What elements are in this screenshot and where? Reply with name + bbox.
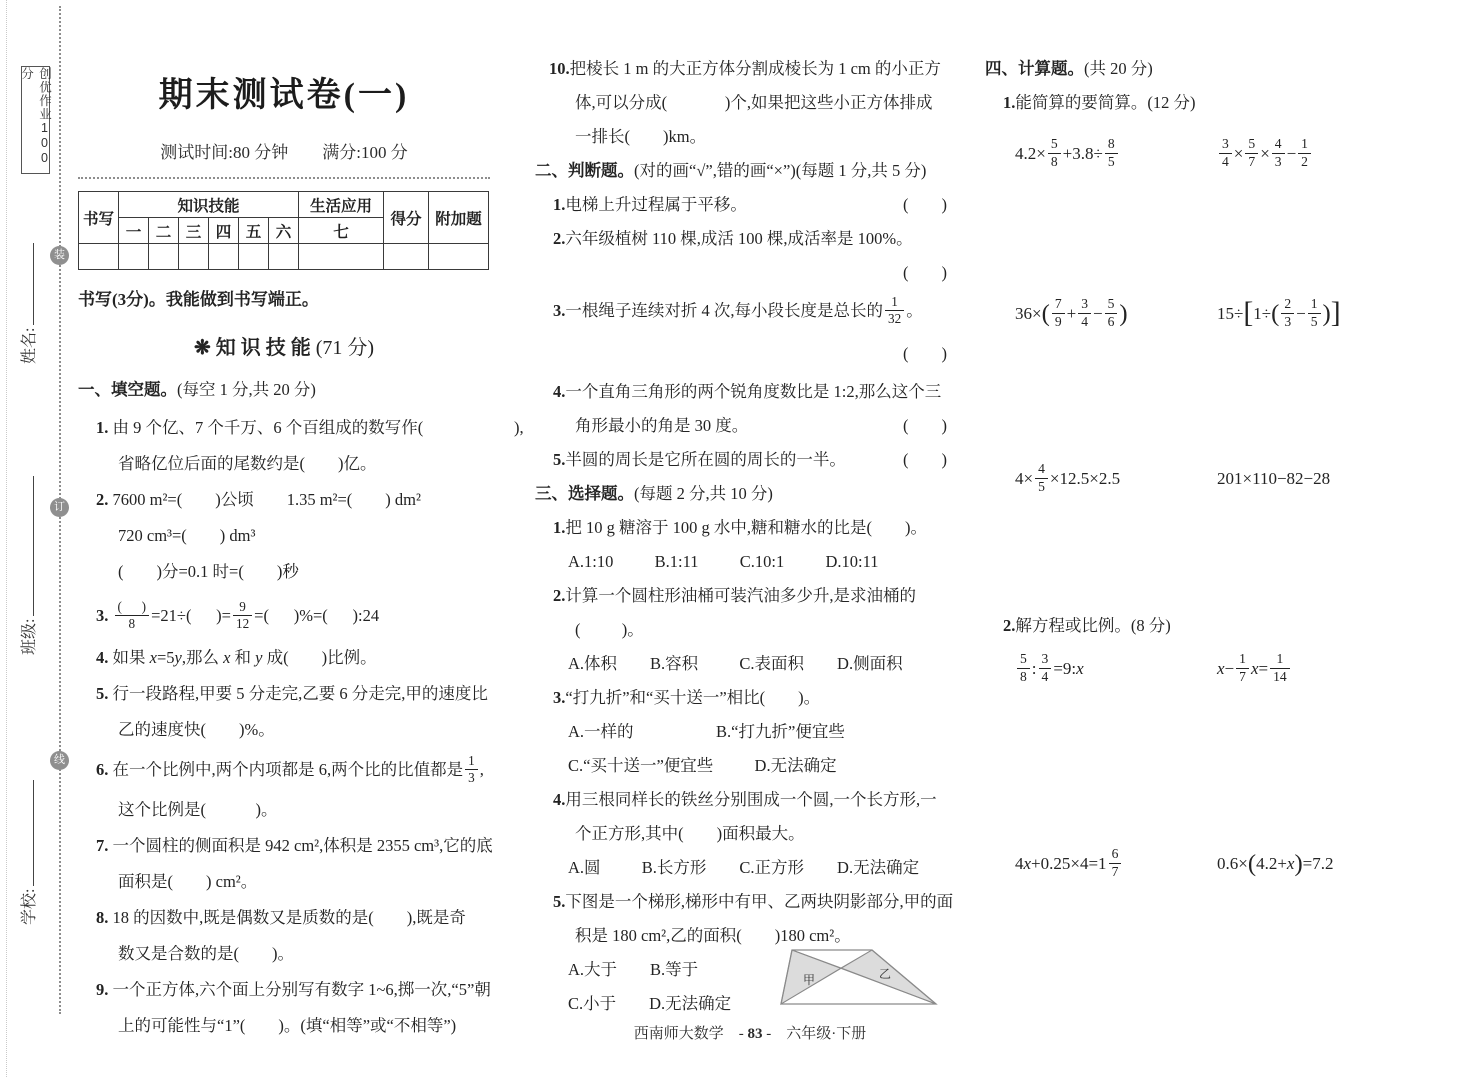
fraction: 85	[1105, 136, 1118, 170]
score-table: 书写知识技能生活应用得分附加题一二三四五六七	[78, 191, 489, 270]
student-info-field: 学校:	[16, 757, 46, 925]
field-blank	[20, 243, 34, 325]
line-text: 3.“打九折”和“买十送一”相比( )。	[553, 688, 820, 707]
question-line: A.一样的 B.“打九折”便宜些	[535, 715, 965, 749]
score-table-empty-cell	[429, 244, 489, 270]
question-line: A.1:10 B.1:11 C.10:1 D.10:11	[535, 545, 965, 579]
answer-bracket: ( )	[903, 337, 947, 371]
score-table-empty-cell	[269, 244, 299, 270]
line-text: 1.电梯上升过程属于平移。	[553, 188, 747, 222]
math-expression: 58:34=9:x	[985, 649, 1217, 689]
line-text: 9. 一个正方体,六个面上分别写有数字 1~6,掷一次,“5”朝	[96, 980, 491, 999]
line-text: A.一样的 B.“打九折”便宜些	[568, 722, 845, 741]
line-text: 6. 在一个比例中,两个内项都是 6,两个比的比值都是13,	[96, 760, 484, 779]
question-line: 7. 一个圆柱的侧面积是 942 cm²,体积是 2355 cm³,它的底	[78, 828, 490, 864]
section-heading: ❋ 知 识 技 能 (71 分)	[78, 326, 490, 370]
fraction: ( )8	[115, 599, 150, 632]
score-table-empty-cell	[179, 244, 209, 270]
answer-bracket: ( )	[903, 443, 947, 477]
line-text: C.小于 D.无法确定	[568, 994, 731, 1013]
line-text: 一、填空题。(每空 1 分,共 20 分)	[78, 380, 316, 399]
question-line: 2.六年级植树 110 棵,成活 100 棵,成活率是 100%。	[535, 222, 965, 256]
math-expression: 4×45×12.5×2.5	[985, 459, 1217, 499]
math-expression: 15÷[1÷(23−15)]	[1217, 294, 1422, 335]
line-text: 四、计算题。(共 20 分)	[985, 59, 1153, 78]
line-text: 2. 7600 m²=( )公顷 1.35 m²=( ) dm²	[96, 490, 421, 509]
math-expression: 36×(79+34−56)	[985, 294, 1217, 335]
calc-row: 4×45×12.5×2.5201×110−82−28	[985, 459, 1422, 599]
student-info-field: 姓名:	[16, 224, 46, 364]
fraction: 34	[1219, 136, 1232, 170]
brand-corner-text: 创优作业100分	[18, 67, 54, 173]
line-text: 2.解方程或比例。(8 分)	[1003, 616, 1171, 635]
question-line: 一排长( )km。	[535, 120, 965, 154]
line-text: ❋ 知 识 技 能 (71 分)	[194, 337, 374, 359]
line-text: 一排长( )km。	[575, 127, 706, 146]
math-expression: 201×110−82−28	[1217, 459, 1422, 499]
question-line: 上的可能性与“1”( )。(填“相等”或“不相等”)	[78, 1008, 490, 1044]
line-text: 2.六年级植树 110 棵,成活 100 棵,成活率是 100%。	[553, 229, 913, 248]
score-table-header-cell: 七	[299, 218, 384, 244]
calc-row: 4.2×58+3.8÷8534×57×43−12	[985, 134, 1422, 294]
line-text: 数又是合数的是( )。	[118, 944, 294, 963]
math-expression: 4.2×58+3.8÷85	[985, 134, 1217, 174]
line-text: 这个比例是( )。	[118, 800, 278, 819]
fraction: 45	[1035, 461, 1048, 495]
line-text: 省略亿位后面的尾数约是( )亿。	[118, 454, 377, 473]
line-text: 三、选择题。(每题 2 分,共 10 分)	[535, 484, 773, 503]
right-column: 四、计算题。(共 20 分)1.能简算的要简算。(12 分)4.2×58+3.8…	[985, 52, 1422, 894]
score-table-empty-cell	[119, 244, 149, 270]
subsection-heading: 四、计算题。(共 20 分)	[985, 52, 1422, 86]
field-label: 姓名:	[21, 328, 38, 364]
calc-row: 36×(79+34−56)15÷[1÷(23−15)]	[985, 294, 1422, 459]
binding-mark-badge: 装	[50, 246, 69, 265]
page-edge-line	[6, 0, 7, 1077]
math-expression: 4x+0.25×4=167	[985, 844, 1217, 884]
question-line: ( )分=0.1 时=( )秒	[78, 554, 490, 590]
question-line: 720 cm³=( ) dm³	[78, 518, 490, 554]
question-line: 5.下图是一个梯形,梯形中有甲、乙两块阴影部分,甲的面	[535, 885, 965, 919]
score-table-header-cell: 三	[179, 218, 209, 244]
question-line: C.“买十送一”便宜些 D.无法确定	[535, 749, 965, 783]
question-line: 角形最小的角是 30 度。( )	[535, 409, 965, 443]
answer-bracket: ( )	[903, 188, 947, 222]
fraction: 56	[1105, 296, 1118, 330]
line-text: 4. 如果 x=5y,那么 x 和 y 成( )比例。	[96, 648, 377, 667]
label-yi: 乙	[879, 967, 891, 981]
line-text: ( )。	[575, 620, 644, 639]
math-expression: 0.6×(4.2+x)=7.2	[1217, 844, 1422, 885]
line-text: 7. 一个圆柱的侧面积是 942 cm²,体积是 2355 cm³,它的底	[96, 836, 493, 855]
fraction: 57	[1245, 136, 1258, 170]
question-line: ( )	[535, 256, 965, 290]
question-line: 8. 18 的因数中,既是偶数又是质数的是( ),既是奇	[78, 900, 490, 936]
score-table-empty-cell	[149, 244, 179, 270]
question-line: 乙的速度快( )%。	[78, 712, 490, 748]
fraction: 34	[1078, 296, 1091, 330]
question-line: 3.一根绳子连续对折 4 次,每小段长度是总长的132。	[535, 294, 965, 329]
trapezoid-svg: 甲 乙	[779, 942, 941, 1010]
line-text: 个正方形,其中( )面积最大。	[575, 824, 805, 843]
question-line: A.圆 B.长方形 C.正方形 D.无法确定	[535, 851, 965, 885]
subsection-heading: 三、选择题。(每题 2 分,共 10 分)	[535, 477, 965, 511]
test-paper-page: { "header": { "title": "期末测试卷(一)", "meta…	[0, 0, 1474, 1077]
score-table-header-cell: 得分	[384, 192, 429, 244]
binding-mark-badge: 订	[50, 498, 69, 517]
fraction: 58	[1048, 136, 1061, 170]
question-line: 2.解方程或比例。(8 分)	[985, 609, 1422, 643]
line-text: 5. 行一段路程,甲要 5 分走完,乙要 6 分走完,甲的速度比	[96, 684, 488, 703]
line-text: ( )分=0.1 时=( )秒	[118, 562, 299, 581]
paper-meta: 测试时间:80 分钟 满分:100 分	[78, 138, 490, 163]
score-table-empty-cell	[384, 244, 429, 270]
line-text: 3.一根绳子连续对折 4 次,每小段长度是总长的132。	[553, 301, 923, 320]
score-table-header-cell: 六	[269, 218, 299, 244]
question-line: 2.计算一个圆柱形油桶可装汽油多少升,是求油桶的	[535, 579, 965, 613]
fraction: 132	[885, 294, 904, 327]
question-line: A.体积 B.容积 C.表面积 D.侧面积	[535, 647, 965, 681]
line-text: 面积是( ) cm²。	[118, 872, 257, 891]
question-line: 4. 如果 x=5y,那么 x 和 y 成( )比例。	[78, 640, 490, 676]
fraction: 17	[1236, 651, 1249, 685]
label-jia: 甲	[803, 973, 815, 987]
answer-bracket: ( )	[903, 256, 947, 290]
line-text: 体,可以分成( )个,如果把这些小正方体排成	[575, 93, 933, 112]
binding-mark-badge: 线	[50, 751, 69, 770]
fraction: 912	[233, 599, 252, 632]
question-line: ( )。	[535, 613, 965, 647]
math-expression: x−17x=114	[1217, 649, 1422, 689]
question-line: 个正方形,其中( )面积最大。	[535, 817, 965, 851]
line-text: 2.计算一个圆柱形油桶可装汽油多少升,是求油桶的	[553, 586, 916, 605]
field-blank	[20, 780, 34, 886]
question-line: 5. 行一段路程,甲要 5 分走完,乙要 6 分走完,甲的速度比	[78, 676, 490, 712]
field-blank	[20, 476, 34, 616]
fraction: 43	[1272, 136, 1285, 170]
subsection-heading: 一、填空题。(每空 1 分,共 20 分)	[78, 370, 490, 410]
score-table-header-cell: 知识技能	[119, 192, 299, 218]
fill-in-section: ❋ 知 识 技 能 (71 分)一、填空题。(每空 1 分,共 20 分)1. …	[78, 326, 490, 1044]
score-table-header-cell: 生活应用	[299, 192, 384, 218]
middle-column: 10.把棱长 1 m 的大正方体分割成棱长为 1 cm 的小正方体,可以分成( …	[535, 52, 965, 1021]
score-table-header-cell: 附加题	[429, 192, 489, 244]
line-text: 5.下图是一个梯形,梯形中有甲、乙两块阴影部分,甲的面	[553, 892, 953, 911]
score-table-header-cell: 二	[149, 218, 179, 244]
question-line: 5.半圆的周长是它所在圆的周长的一半。( )	[535, 443, 965, 477]
score-table-header-cell: 五	[239, 218, 269, 244]
line-text: 8. 18 的因数中,既是偶数又是质数的是( ),既是奇	[96, 908, 466, 927]
fraction: 79	[1052, 296, 1065, 330]
question-line: 体,可以分成( )个,如果把这些小正方体排成	[535, 86, 965, 120]
question-line: 9. 一个正方体,六个面上分别写有数字 1~6,掷一次,“5”朝	[78, 972, 490, 1008]
score-table-header-cell: 书写	[79, 192, 119, 244]
question-line: 2. 7600 m²=( )公顷 1.35 m²=( ) dm²	[78, 482, 490, 518]
question-line: 数又是合数的是( )。	[78, 936, 490, 972]
question-line: 这个比例是( )。	[78, 792, 490, 828]
paper-title: 期末测试卷(一)	[78, 67, 490, 116]
field-label: 学校:	[21, 889, 38, 925]
line-text: 1.能简算的要简算。(12 分)	[1003, 93, 1196, 112]
line-text: 上的可能性与“1”( )。(填“相等”或“不相等”)	[118, 1016, 456, 1035]
calc-row: 58:34=9:xx−17x=114	[985, 649, 1422, 844]
line-text: 二、判断题。(对的画“√”,错的画“×”)(每题 1 分,共 5 分)	[535, 161, 926, 180]
question-line: 1.把 10 g 糖溶于 100 g 水中,糖和糖水的比是( )。	[535, 511, 965, 545]
question-line: 3.“打九折”和“买十送一”相比( )。	[535, 681, 965, 715]
line-text: 10.把棱长 1 m 的大正方体分割成棱长为 1 cm 的小正方	[549, 59, 941, 78]
question-line: 1. 由 9 个亿、7 个千万、6 个百组成的数写作( ),	[78, 410, 490, 446]
question-line: 3. ( )8=21÷( )=912=( )%=( ):24	[78, 598, 490, 634]
fraction: 23	[1281, 296, 1294, 330]
score-table-empty-cell	[79, 244, 119, 270]
question-line: 4.用三根同样长的铁丝分别围成一个圆,一个长方形,一	[535, 783, 965, 817]
fraction: 34	[1039, 651, 1052, 685]
question-line: 1.电梯上升过程属于平移。( )	[535, 188, 965, 222]
trapezoid-figure: 甲 乙	[779, 942, 941, 1015]
line-text: 4.用三根同样长的铁丝分别围成一个圆,一个长方形,一	[553, 790, 937, 809]
line-text: A.1:10 B.1:11 C.10:1 D.10:11	[568, 552, 878, 571]
line-text: 1.把 10 g 糖溶于 100 g 水中,糖和糖水的比是( )。	[553, 518, 927, 537]
question-line: 4.一个直角三角形的两个锐角度数比是 1:2,那么这个三	[535, 375, 965, 409]
fraction: 58	[1017, 651, 1030, 685]
dotted-separator	[78, 177, 490, 179]
fraction: 12	[1298, 136, 1311, 170]
score-table-empty-cell	[209, 244, 239, 270]
answer-bracket: ( )	[903, 409, 947, 443]
question-line: 6. 在一个比例中,两个内项都是 6,两个比的比值都是13,	[78, 752, 490, 788]
line-text: 4.一个直角三角形的两个锐角度数比是 1:2,那么这个三	[553, 382, 941, 401]
line-text: 3. ( )8=21÷( )=912=( )%=( ):24	[96, 606, 379, 625]
line-text: 720 cm³=( ) dm³	[118, 526, 255, 545]
score-table-empty-cell	[299, 244, 384, 270]
fraction: 67	[1109, 846, 1122, 880]
score-table-header-cell: 一	[119, 218, 149, 244]
line-text: A.体积 B.容积 C.表面积 D.侧面积	[568, 654, 903, 673]
math-expression: 34×57×43−12	[1217, 134, 1422, 174]
fraction: 114	[1270, 651, 1290, 685]
question-line: 省略亿位后面的尾数约是( )亿。	[78, 446, 490, 482]
page-footer: 西南师大数学 - 83 - 六年级·下册	[535, 1022, 965, 1043]
line-text: C.“买十送一”便宜些 D.无法确定	[568, 756, 837, 775]
question-line: 10.把棱长 1 m 的大正方体分割成棱长为 1 cm 的小正方	[535, 52, 965, 86]
calc-row: 4x+0.25×4=1670.6×(4.2+x)=7.2	[985, 844, 1422, 894]
brand-corner-box: 创优作业100分	[21, 66, 50, 174]
line-text: 乙的速度快( )%。	[118, 720, 275, 739]
field-label: 班级:	[21, 619, 38, 655]
line-text: 1. 由 9 个亿、7 个千万、6 个百组成的数写作( ),	[96, 418, 524, 437]
line-text: A.圆 B.长方形 C.正方形 D.无法确定	[568, 858, 919, 877]
line-text: A.大于 B.等于	[568, 960, 698, 979]
subsection-heading: 二、判断题。(对的画“√”,错的画“×”)(每题 1 分,共 5 分)	[535, 154, 965, 188]
line-text: 5.半圆的周长是它所在圆的周长的一半。	[553, 443, 846, 477]
question-line: 1.能简算的要简算。(12 分)	[985, 86, 1422, 120]
question-line: 面积是( ) cm²。	[78, 864, 490, 900]
calligraphy-line: 书写(3分)。我能做到书写端正。	[78, 285, 490, 310]
score-table-header-cell: 四	[209, 218, 239, 244]
fraction: 13	[465, 753, 478, 786]
fraction: 15	[1308, 296, 1321, 330]
left-column: 期末测试卷(一) 测试时间:80 分钟 满分:100 分 书写知识技能生活应用得…	[78, 55, 490, 1044]
judge-choice-section: 10.把棱长 1 m 的大正方体分割成棱长为 1 cm 的小正方体,可以分成( …	[535, 52, 965, 1021]
line-text: 角形最小的角是 30 度。	[575, 409, 748, 443]
calculation-section: 四、计算题。(共 20 分)1.能简算的要简算。(12 分)4.2×58+3.8…	[985, 52, 1422, 894]
question-line: ( )	[535, 337, 965, 371]
score-table-empty-cell	[239, 244, 269, 270]
student-info-field: 班级:	[16, 455, 46, 655]
